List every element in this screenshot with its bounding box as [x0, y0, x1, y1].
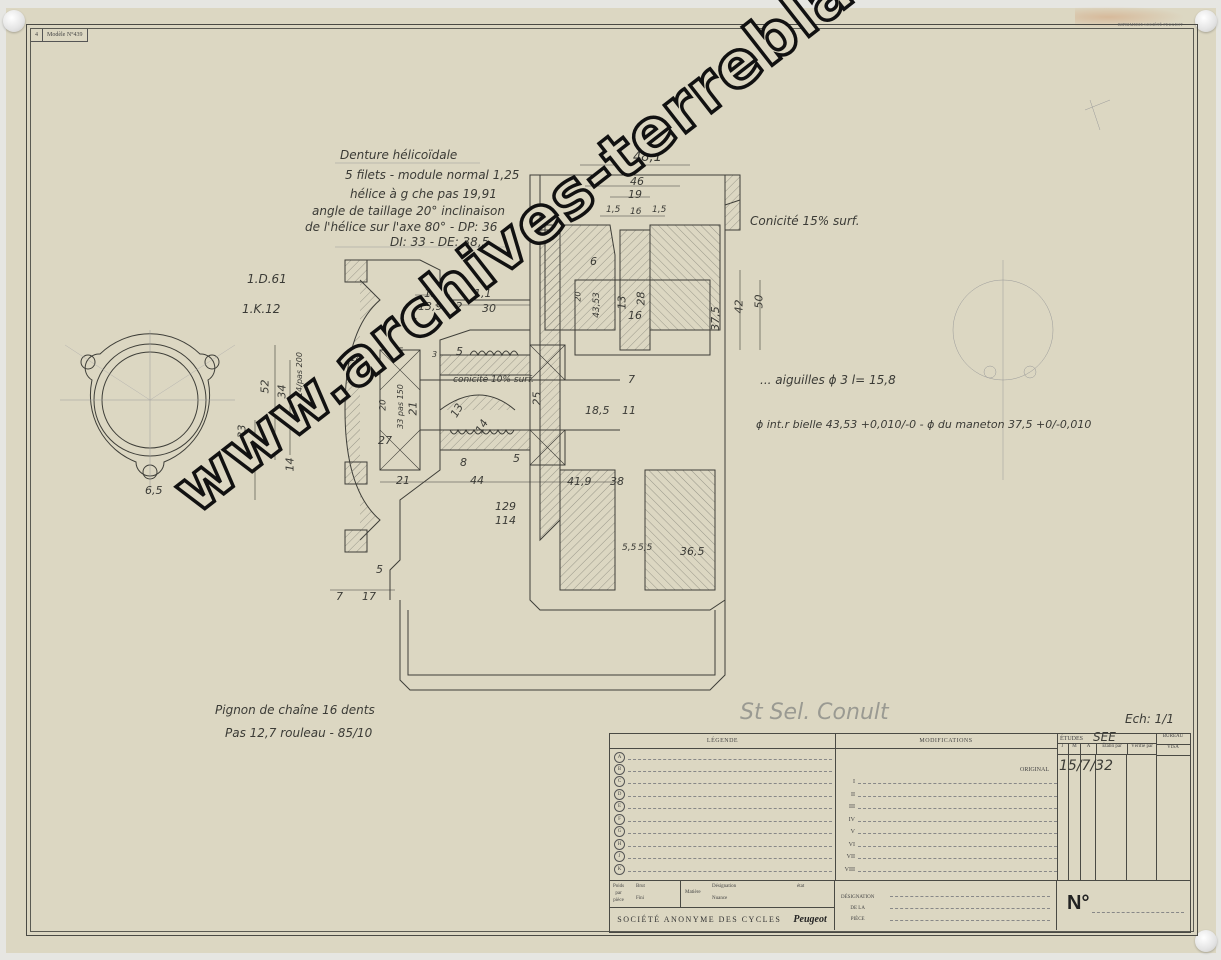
- ref-1d61: 1.D.61: [247, 272, 287, 286]
- ref-1k12: 1.K.12: [242, 302, 280, 316]
- note-chain-pinion-2: Pas 12,7 rouleau - 85/10: [225, 726, 372, 740]
- brand-logo: Peugeot: [793, 914, 826, 925]
- legend-row-k[interactable]: K: [614, 863, 832, 876]
- mod-row-5[interactable]: V: [835, 825, 1057, 838]
- material-designation: Désignation: [712, 884, 736, 889]
- dim-6-5: 6,5: [145, 484, 163, 497]
- material-label: Matière: [685, 890, 701, 895]
- modifications-header: MODIFICATIONS: [835, 734, 1057, 749]
- signature: St Sel. Conult: [740, 700, 889, 725]
- dim-42: 42: [733, 300, 746, 314]
- weight-brut: Brut: [636, 884, 645, 889]
- legend-row-c[interactable]: C: [614, 775, 832, 788]
- visa-header: BUREAU: [1156, 734, 1190, 745]
- etudes-col-j: J: [1057, 744, 1069, 754]
- weight-material-section: Poids par pièce Brut Fini Matière Désign…: [610, 880, 835, 908]
- designation-label-1: DÉSIGNATION: [841, 892, 874, 903]
- etudes-header: ÉTUDES: [1060, 736, 1083, 742]
- visa-section: BUREAU VISA: [1156, 734, 1190, 881]
- etudes-section: ÉTUDES SEE J M A Établi par Vérifié par …: [1057, 734, 1157, 881]
- dim-11: 11: [622, 404, 636, 417]
- company-row: SOCIÉTÉ ANONYME DES CYCLES Peugeot: [610, 908, 835, 930]
- dim-33-pas: 33 pas 150: [396, 384, 405, 429]
- dim-5-5-b: 5,5: [638, 543, 652, 553]
- dim-129: 129: [495, 500, 516, 513]
- dim-5-5-a: 5,5: [622, 543, 636, 553]
- dim-7: 7: [336, 590, 343, 603]
- dim-1-5-b: 1,5: [652, 205, 666, 215]
- dim-13-c: 13: [616, 296, 629, 310]
- visa-sub: VISA: [1156, 745, 1190, 756]
- note-helical-line3: hélice à g che pas 19,91: [350, 187, 497, 201]
- weight-label-1: Poids: [613, 883, 624, 890]
- dim-18-5: 18,5: [585, 404, 610, 417]
- etudes-col-etabli: Établi par: [1097, 744, 1128, 754]
- dim-5-b: 5: [513, 452, 520, 465]
- designation-label-3: PIÈCE: [841, 914, 874, 925]
- dim-114: 114: [495, 514, 516, 527]
- note-helical-line4: angle de taillage 20° inclinaison: [312, 204, 505, 218]
- legend-row-g[interactable]: G: [614, 825, 832, 838]
- weight-label-3: pièce: [613, 897, 624, 904]
- dim-17: 17: [362, 590, 376, 603]
- dim-41-9: 41,9: [567, 475, 592, 488]
- title-block: LÉGENDE A B C D E F G H J K MODIFICATION…: [609, 733, 1191, 933]
- dim-16: 16: [630, 207, 641, 217]
- etudes-date: 15/7/32: [1059, 758, 1113, 774]
- dim-5-c: 5: [376, 563, 383, 576]
- dim-20-c: 20: [574, 291, 583, 301]
- dim-20: 20: [379, 399, 389, 410]
- dim-21-v: 21: [407, 402, 420, 416]
- note-inner-conicity: conicité 10% surf.: [453, 375, 534, 385]
- note-needles: ... aiguilles ϕ 3 l= 15,8: [760, 373, 896, 387]
- material-nuance: Nuance: [712, 896, 727, 901]
- number-section: N°: [1057, 880, 1190, 930]
- etudes-col-a: A: [1081, 744, 1097, 754]
- number-label: N°: [1067, 892, 1089, 915]
- scale-label: Ech: 1/1: [1125, 712, 1174, 726]
- original-label: ORIGINAL: [1020, 767, 1049, 773]
- dim-27: 27: [378, 434, 392, 447]
- legend-header: LÉGENDE: [610, 734, 835, 749]
- dim-5: 5: [456, 345, 463, 358]
- legend-row-j[interactable]: J: [614, 850, 832, 863]
- dim-3: 3: [432, 350, 437, 359]
- dim-25: 25: [531, 392, 544, 406]
- mod-row-3[interactable]: III: [835, 800, 1057, 813]
- mod-row-8[interactable]: VIII: [835, 863, 1057, 876]
- dim-44: 44: [470, 474, 484, 487]
- note-helical-line2: 5 filets - module normal 1,25: [345, 168, 519, 182]
- dim-16-c: 16: [628, 309, 642, 322]
- weight-label-2: par: [613, 890, 624, 897]
- dim-6-c: 6: [590, 255, 597, 268]
- etudes-initials: SEE: [1093, 730, 1116, 744]
- dim-38: 38: [610, 475, 624, 488]
- dim-43-53: 43,53: [592, 292, 602, 318]
- dim-50: 50: [753, 295, 766, 309]
- dim-28: 28: [635, 292, 648, 306]
- note-bore: ϕ int.r bielle 43,53 +0,010/-0 - ϕ du ma…: [756, 418, 1091, 431]
- designation-section: DÉSIGNATION DE LA PIÈCE: [835, 880, 1057, 930]
- etudes-col-verifie: Vérifié par: [1128, 744, 1156, 754]
- mod-row-1[interactable]: I: [835, 775, 1057, 788]
- weight-fini: Fini: [636, 896, 644, 901]
- note-helical-line1: Denture hélicoïdale: [340, 148, 457, 162]
- dim-21-h: 21: [396, 474, 410, 487]
- mod-row-7[interactable]: VII: [835, 850, 1057, 863]
- legend-section: LÉGENDE A B C D E F G H J K: [610, 734, 836, 881]
- note-conicity: Conicité 15% surf.: [750, 214, 860, 228]
- note-chain-pinion-1: Pignon de chaîne 16 dents: [215, 703, 375, 717]
- dim-36-5: 36,5: [680, 545, 705, 558]
- company-name: SOCIÉTÉ ANONYME DES CYCLES: [617, 915, 781, 924]
- designation-label-2: DE LA: [841, 903, 874, 914]
- etudes-col-m: M: [1069, 744, 1081, 754]
- dim-37-5: 37,5: [709, 306, 722, 331]
- material-etat: état: [797, 884, 804, 889]
- dim-7-c: 7: [628, 373, 635, 386]
- legend-row-e[interactable]: E: [614, 800, 832, 813]
- dim-8: 8: [460, 456, 467, 469]
- modifications-section: MODIFICATIONS ORIGINAL I II III IV V VI …: [835, 734, 1058, 881]
